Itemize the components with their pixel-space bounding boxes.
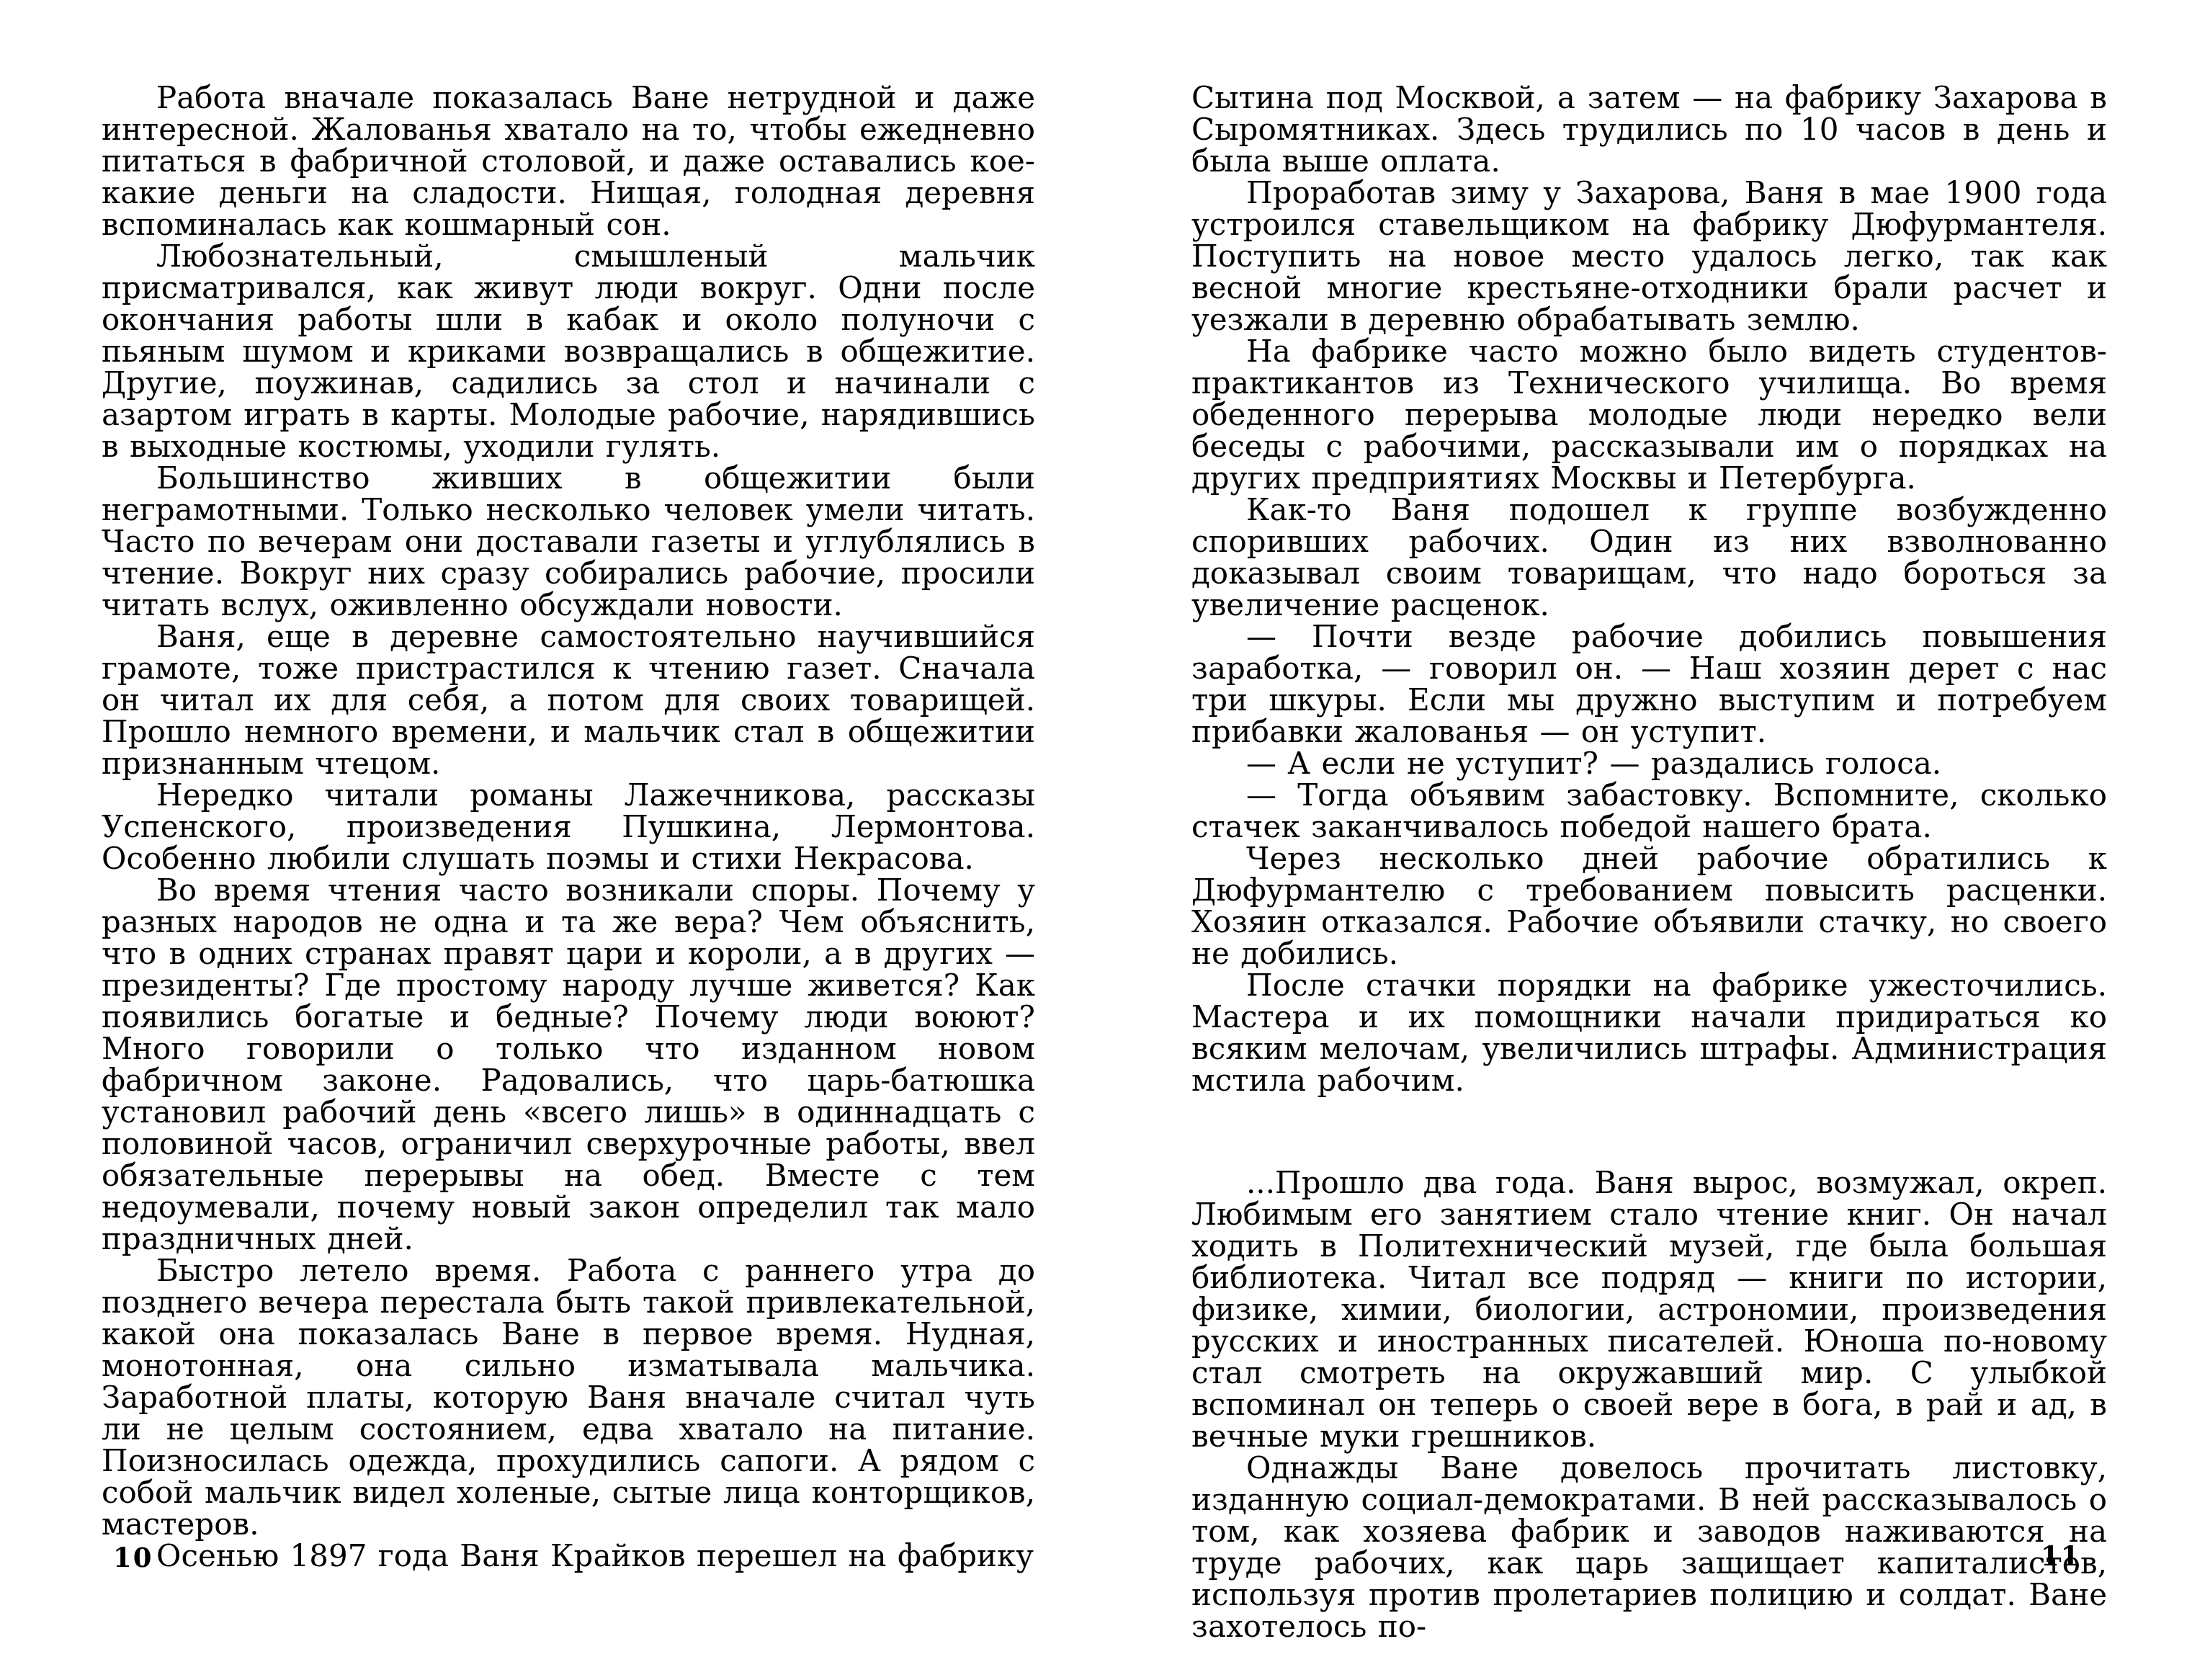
paragraph: После стачки порядки на фабрике ужесточи… xyxy=(1191,970,2107,1096)
book-spread: Работа вначале показалась Ване нетрудной… xyxy=(0,0,2192,1680)
paragraph: Любознательный, смышленый мальчик присма… xyxy=(102,241,1035,463)
page-left-text-block: Работа вначале показалась Ване нетрудной… xyxy=(102,82,1035,1572)
paragraph: Сытина под Москвой, а затем — на фабрику… xyxy=(1191,82,2107,177)
paragraph: Ваня, еще в деревне самостоятельно научи… xyxy=(102,621,1035,779)
paragraph: Во время чтения часто возникали споры. П… xyxy=(102,875,1035,1255)
paragraph: — Почти везде рабочие добились повышения… xyxy=(1191,621,2107,748)
paragraph: Большинство живших в общежитии были негр… xyxy=(102,463,1035,621)
paragraph: Через несколько дней рабочие обратились … xyxy=(1191,843,2107,970)
paragraph: — А если не уступит? — раздались голоса. xyxy=(1191,748,2107,779)
paragraph: Нередко читали романы Лажечникова, расск… xyxy=(102,779,1035,875)
paragraph: Проработав зиму у Захарова, Ваня в мае 1… xyxy=(1191,177,2107,336)
page-number-right: 11 xyxy=(2041,1540,2081,1572)
paragraph: — Тогда объявим забастовку. Вспомните, с… xyxy=(1191,779,2107,843)
paragraph: Быстро летело время. Работа с раннего ут… xyxy=(102,1255,1035,1540)
page-number-left: 10 xyxy=(113,1542,153,1573)
paragraph: Как-то Ваня подошел к группе возбужденно… xyxy=(1191,494,2107,621)
paragraph: Однажды Ване довелось прочитать листовку… xyxy=(1191,1452,2107,1643)
paragraph: Работа вначале показалась Ване нетрудной… xyxy=(102,82,1035,241)
paragraph: На фабрике часто можно было видеть студе… xyxy=(1191,336,2107,494)
paragraph: Осенью 1897 года Ваня Крайков перешел на… xyxy=(102,1540,1035,1572)
page-right-text-block: Сытина под Москвой, а затем — на фабрику… xyxy=(1191,82,2107,1643)
paragraph: ...Прошло два года. Ваня вырос, возмужал… xyxy=(1191,1167,2107,1452)
